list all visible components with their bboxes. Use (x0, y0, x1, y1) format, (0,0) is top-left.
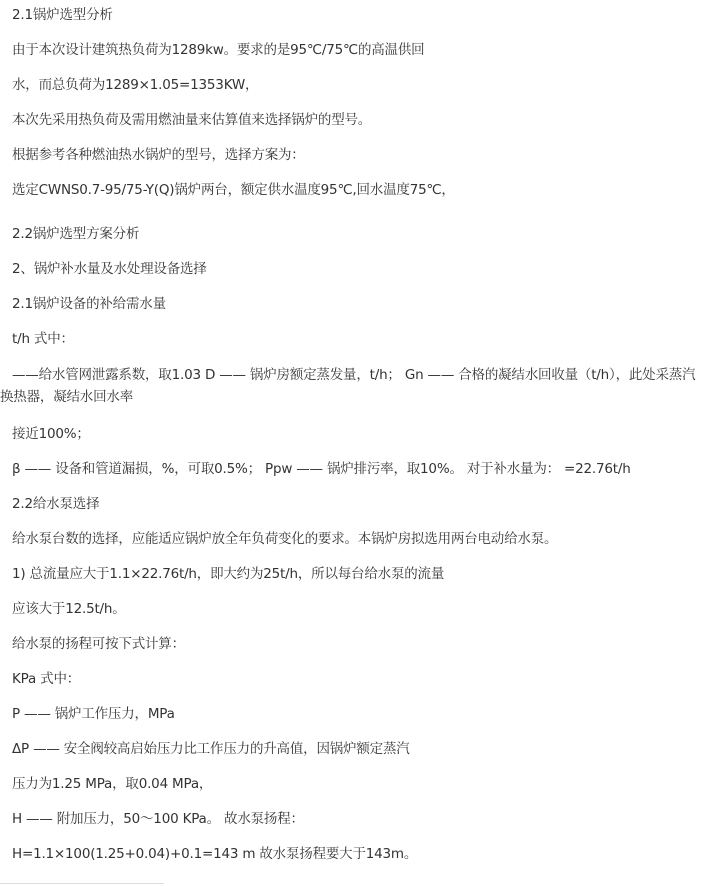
paragraph-def-delta-p: ΔP —— 安全阀较高启始压力比工作压力的升高值，因锅炉额定蒸汽 (0, 739, 700, 759)
paragraph-estimation-method: 本次先采用热负荷及需用燃油量来估算值来选择锅炉的型号。 (0, 110, 700, 130)
paragraph-selection-basis: 根据参考各种燃油热水锅炉的型号，选择方案为： (0, 145, 700, 165)
paragraph-design-load: 由于本次设计建筑热负荷为1289kw。要求的是95℃/75℃的高温供回 (0, 40, 700, 60)
paragraph-def-p: P —— 锅炉工作压力，MPa (0, 704, 700, 724)
paragraph-def-h: H —— 附加压力，50～100 KPa。 故水泵扬程： (0, 809, 700, 829)
paragraph-formula-where-1: t/h 式中： (0, 329, 700, 349)
paragraph-leak-coefficient: ——给水管网泄露系数，取1.03 D —— 锅炉房额定蒸发量，t/h； Gn —… (0, 364, 702, 408)
paragraph-loss-blowdown: β —— 设备和管道漏损，%，可取0.5%； Ppw —— 锅炉排污率，取10%… (0, 459, 700, 479)
section-heading-2-1-makeup: 2.1锅炉设备的补给需水量 (0, 294, 700, 314)
paragraph-total-load: 水，而总负荷为1289×1.05=1353KW， (0, 75, 700, 95)
section-heading-2-2-pump: 2.2给水泵选择 (0, 494, 700, 514)
paragraph-head-result: H=1.1×100(1.25+0.04)+0.1=143 m 故水泵扬程要大于1… (0, 844, 700, 864)
section-heading-2-1: 2.1锅炉选型分析 (0, 5, 700, 25)
paragraph-pressure-values: 压力为1.25 MPa，取0.04 MPa， (0, 774, 700, 794)
paragraph-pump-count: 给水泵台数的选择，应能适应锅炉放全年负荷变化的要求。本锅炉房拟选用两台电动给水泵… (0, 529, 700, 549)
paragraph-selection-result: 选定CWNS0.7-95/75-Y(Q)锅炉两台，额定供水温度95℃,回水温度7… (0, 180, 700, 200)
bottom-divider (0, 883, 164, 884)
paragraph-return-rate: 接近100%； (0, 424, 700, 444)
section-heading-2: 2、锅炉补水量及水处理设备选择 (0, 259, 700, 279)
paragraph-head-calc-intro: 给水泵的扬程可按下式计算： (0, 634, 700, 654)
paragraph-per-pump-flow: 应该大于12.5t/h。 (0, 599, 700, 619)
paragraph-total-flow: 1) 总流量应大于1.1×22.76t/h，即大约为25t/h，所以每台给水泵的… (0, 564, 700, 584)
paragraph-formula-where-2: KPa 式中： (0, 669, 700, 689)
section-heading-2-2: 2.2锅炉选型方案分析 (0, 224, 700, 244)
